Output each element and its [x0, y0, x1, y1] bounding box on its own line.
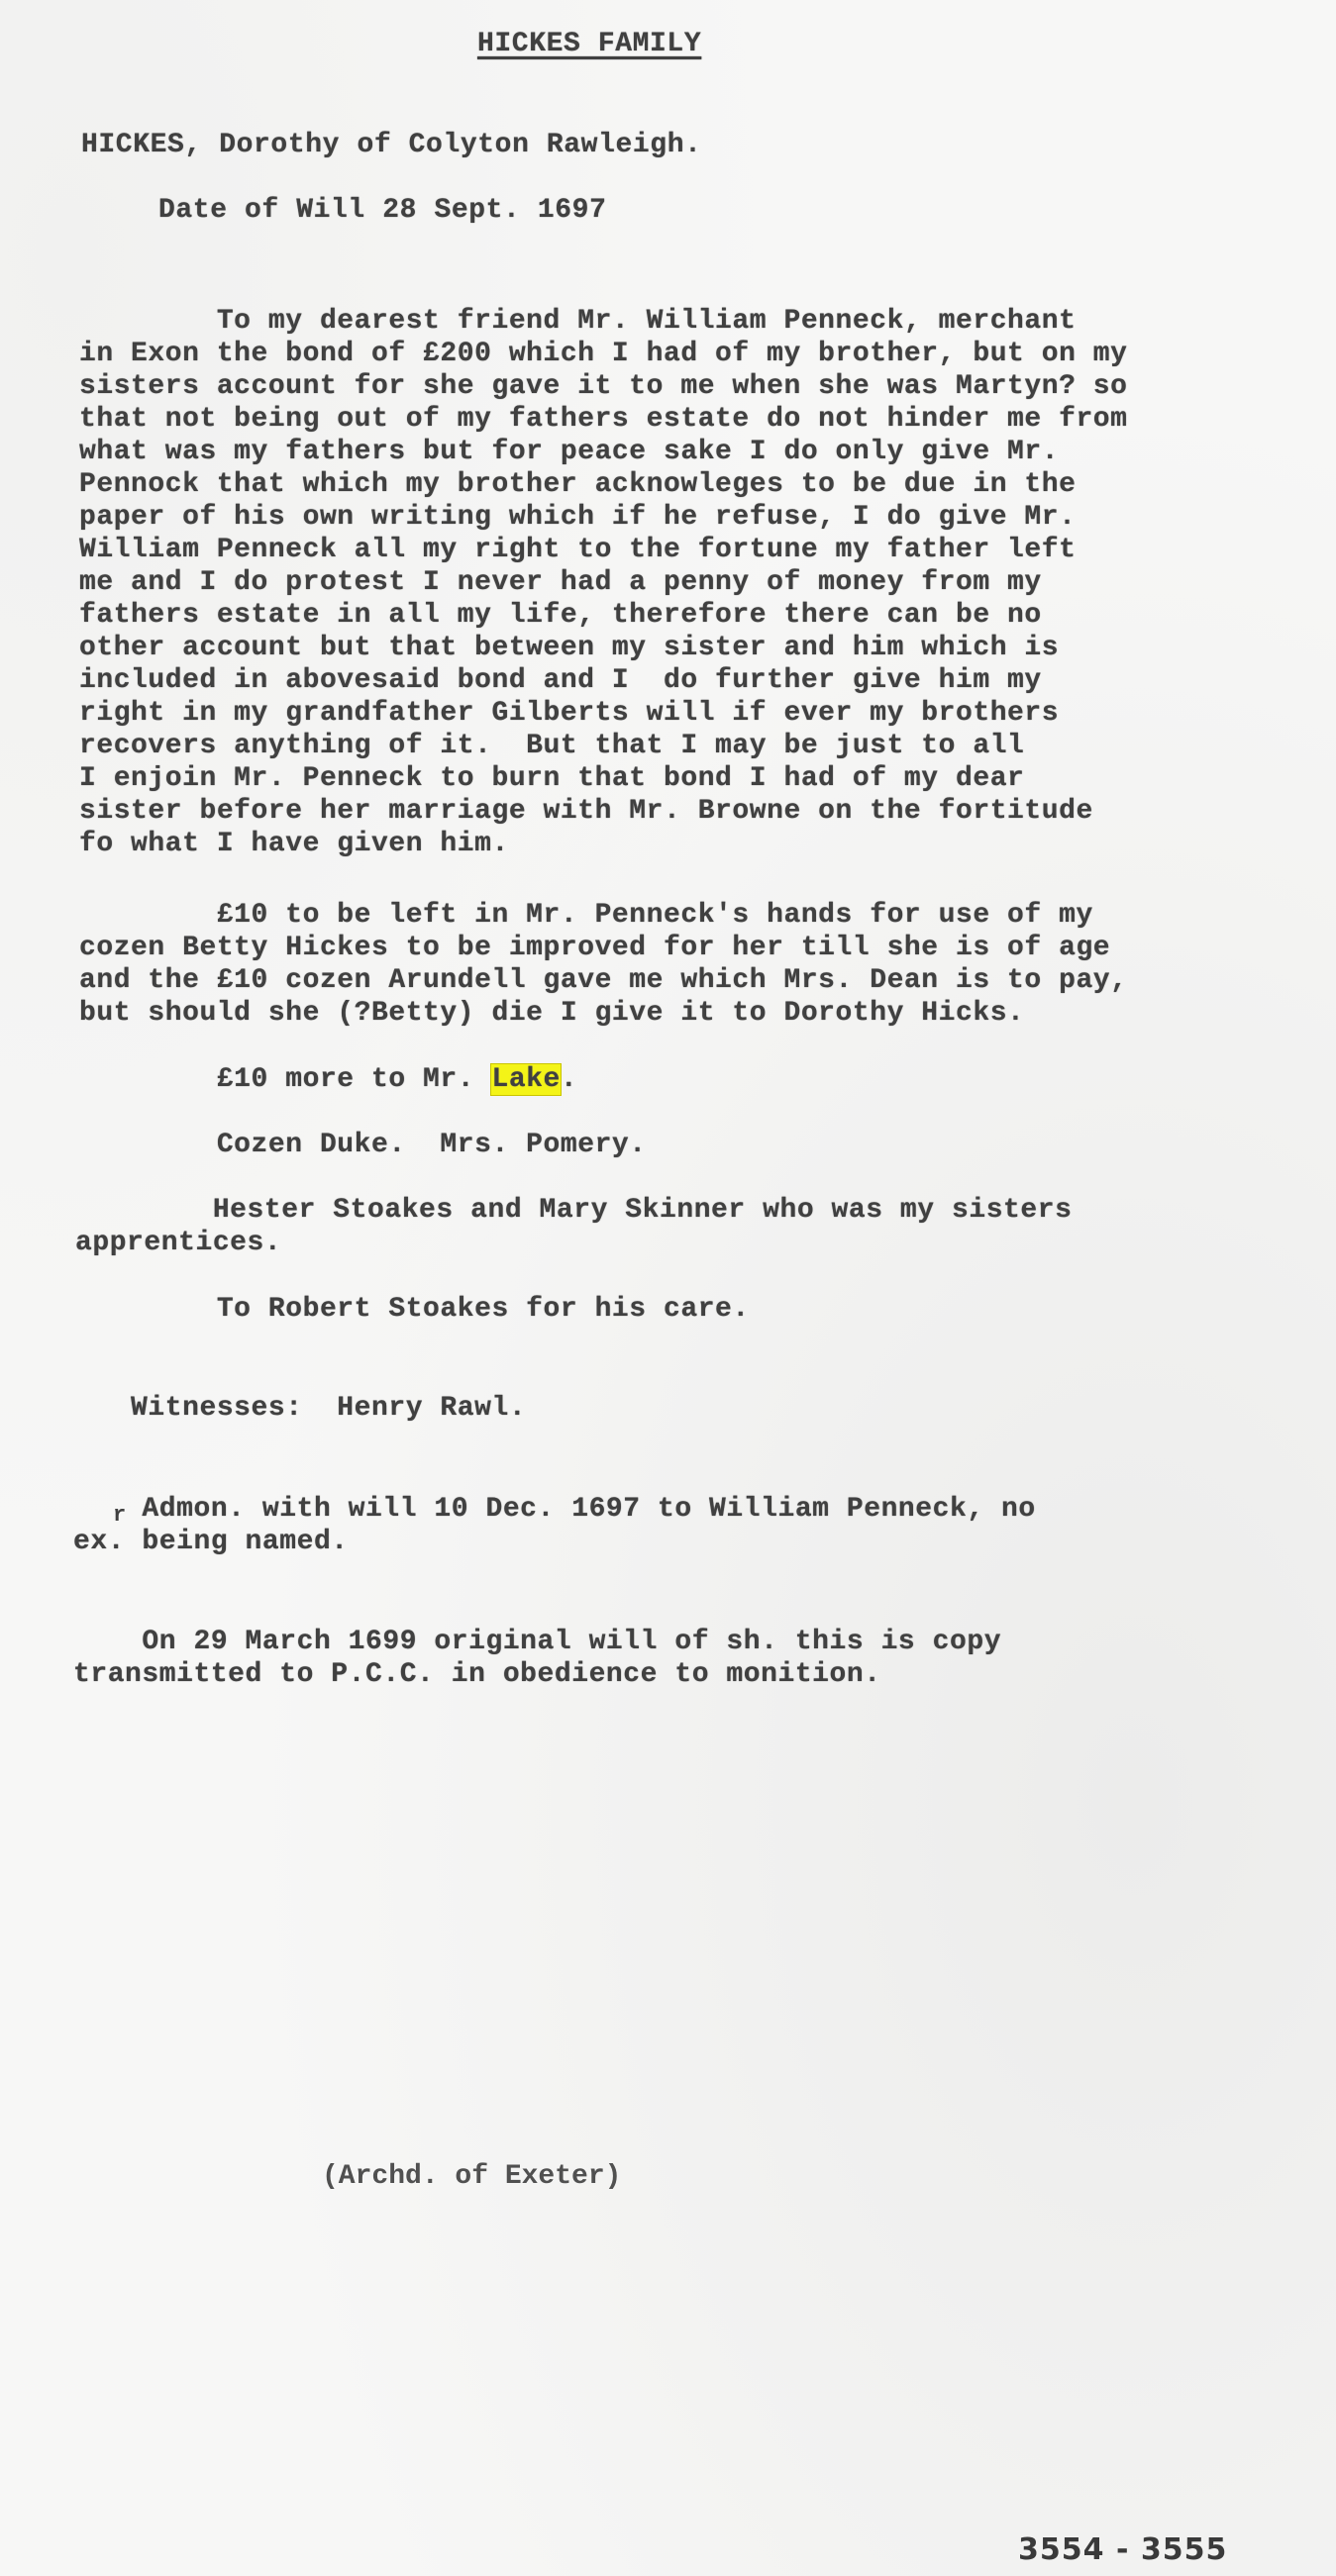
text-line: but should she (?Betty) die I give it to…: [79, 997, 1307, 1030]
text-line: sisters account for she gave it to me wh…: [79, 370, 1307, 403]
text-line: transmitted to P.C.C. in obedience to mo…: [73, 1658, 1301, 1691]
witnesses-line: Witnesses: Henry Rawl.: [79, 1392, 1307, 1425]
date-of-will: Date of Will 28 Sept. 1697: [158, 194, 606, 227]
highlighted-name-lake: Lake: [491, 1064, 560, 1095]
witnesses: Witnesses: Henry Rawl.: [79, 1392, 1307, 1425]
document-title: HICKES FAMILY: [477, 28, 701, 60]
text-line: and the £10 cozen Arundell gave me which…: [79, 964, 1307, 997]
text-line: William Penneck all my right to the fort…: [79, 534, 1307, 566]
source-archdeaconry: (Archd. of Exeter): [322, 2161, 621, 2192]
text-line: cozen Betty Hickes to be improved for he…: [79, 932, 1307, 964]
text-line: me and I do protest I never had a penny …: [79, 566, 1307, 599]
lake-prefix: £10 more to Mr.: [79, 1064, 491, 1095]
text-line: apprentices.: [75, 1227, 1303, 1259]
pcc-note: On 29 March 1699 original will of sh. th…: [73, 1626, 1301, 1691]
admon-superscript: r: [113, 1503, 126, 1528]
text-line: Admon. with will 10 Dec. 1697 to William…: [73, 1493, 1301, 1526]
text-line: On 29 March 1699 original will of sh. th…: [73, 1626, 1301, 1658]
bequest-robert: To Robert Stoakes for his care.: [79, 1293, 1307, 1326]
text-line: included in abovesaid bond and I do furt…: [79, 664, 1307, 697]
will-paragraph-2: £10 to be left in Mr. Penneck's hands fo…: [79, 899, 1307, 1030]
page-numbers: 3554 - 3555: [1018, 2532, 1227, 2567]
text-line: fathers estate in all my life, therefore…: [79, 599, 1307, 632]
lake-suffix: .: [561, 1064, 577, 1095]
bequest-cozen-duke: Cozen Duke. Mrs. Pomery.: [79, 1129, 1307, 1161]
text-line: recovers anything of it. But that I may …: [79, 730, 1307, 762]
text-line: right in my grandfather Gilberts will if…: [79, 697, 1307, 730]
text-line: To my dearest friend Mr. William Penneck…: [79, 305, 1307, 338]
text-line: Hester Stoakes and Mary Skinner who was …: [75, 1194, 1303, 1227]
text-line: Pennock that which my brother acknowlege…: [79, 468, 1307, 501]
robert-line: To Robert Stoakes for his care.: [79, 1293, 1307, 1326]
text-line: paper of his own writing which if he ref…: [79, 501, 1307, 534]
will-paragraph-1: To my dearest friend Mr. William Penneck…: [79, 305, 1307, 860]
text-line: fo what I have given him.: [79, 828, 1307, 860]
text-line: what was my fathers but for peace sake I…: [79, 436, 1307, 468]
bequest-hester: Hester Stoakes and Mary Skinner who was …: [75, 1194, 1303, 1259]
text-line: in Exon the bond of £200 which I had of …: [79, 338, 1307, 370]
text-line: £10 to be left in Mr. Penneck's hands fo…: [79, 899, 1307, 932]
text-line: other account but that between my sister…: [79, 632, 1307, 664]
cozen-line: Cozen Duke. Mrs. Pomery.: [79, 1129, 1307, 1161]
text-line: sister before her marriage with Mr. Brow…: [79, 795, 1307, 828]
bequest-lake: £10 more to Mr. Lake.: [79, 1063, 1307, 1096]
admon-note: Admon. with will 10 Dec. 1697 to William…: [73, 1493, 1301, 1558]
record-heading: HICKES, Dorothy of Colyton Rawleigh.: [81, 129, 702, 161]
text-line: I enjoin Mr. Penneck to burn that bond I…: [79, 762, 1307, 795]
text-line: that not being out of my fathers estate …: [79, 403, 1307, 436]
text-line: ex. being named.: [73, 1526, 1301, 1558]
